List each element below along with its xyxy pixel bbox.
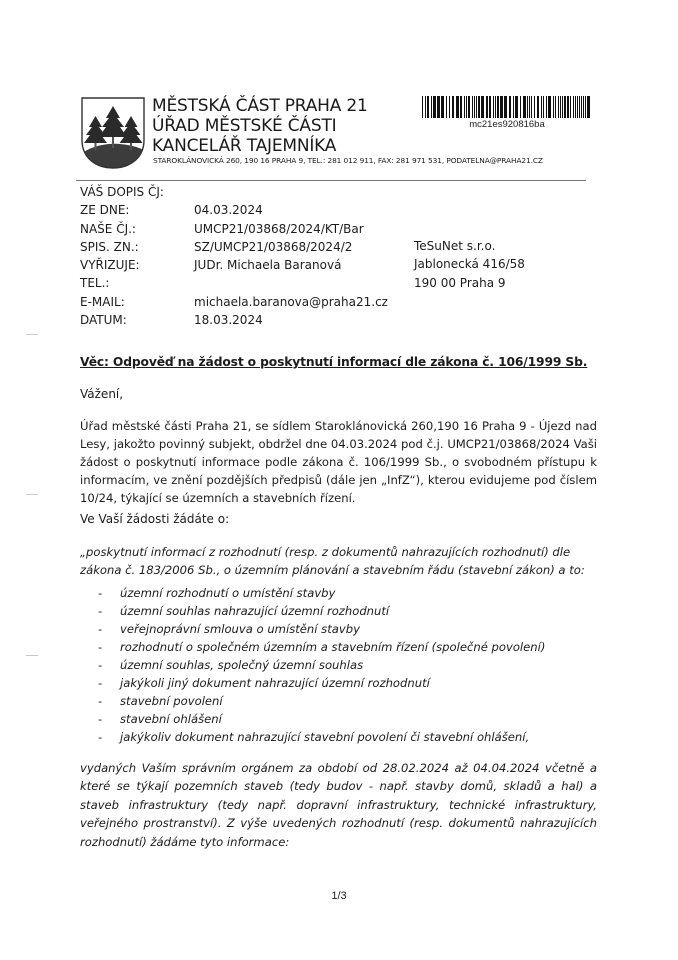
list-bullet: - (80, 620, 120, 638)
recipient-street: Jablonecká 416/58 (414, 255, 525, 273)
punch-mark (26, 334, 38, 335)
list-item-text: rozhodnutí o společném územním a stavebn… (120, 638, 545, 656)
list-item: -jakýkoliv dokument nahrazující stavební… (80, 728, 545, 746)
meta-row: E-MAIL:michaela.baranova@praha21.cz (80, 293, 388, 311)
list-item: -územní souhlas, společný územní souhlas (80, 656, 545, 674)
list-bullet: - (80, 692, 120, 710)
org-line-2: ÚŘAD MĚSTSKÉ ČÁSTI (152, 116, 368, 136)
meta-value: SZ/UMCP21/03868/2024/2 (194, 238, 352, 256)
meta-label: TEL.: (80, 274, 194, 292)
meta-label: ZE DNE: (80, 201, 194, 219)
meta-value: 04.03.2024 (194, 201, 263, 219)
list-item: -stavební ohlášení (80, 710, 545, 728)
punch-mark (26, 494, 38, 495)
list-item: -jakýkoli jiný dokument nahrazující územ… (80, 674, 545, 692)
meta-label: VYŘIZUJE: (80, 256, 194, 274)
meta-row: VÁŠ DOPIS ČJ: (80, 183, 388, 201)
list-bullet: - (80, 584, 120, 602)
list-item-text: veřejnoprávní smlouva o umístění stavby (120, 620, 360, 638)
coat-of-arms-icon (80, 96, 146, 170)
meta-value: michaela.baranova@praha21.cz (194, 293, 388, 311)
document-page: MĚSTSKÁ ČÁST PRAHA 21 ÚŘAD MĚSTSKÉ ČÁSTI… (0, 0, 678, 960)
list-item-text: stavební povolení (120, 692, 223, 710)
list-bullet: - (80, 638, 120, 656)
subject-line: Věc: Odpověď na žádost o poskytnutí info… (80, 355, 587, 369)
meta-label: VÁŠ DOPIS ČJ: (80, 183, 194, 201)
barcode-icon (422, 96, 592, 118)
list-bullet: - (80, 656, 120, 674)
meta-row: ZE DNE:04.03.2024 (80, 201, 388, 219)
org-line-3: KANCELÁŘ TAJEMNÍKA (152, 136, 368, 156)
list-item-text: stavební ohlášení (120, 710, 222, 728)
list-item: -územní souhlas nahrazující územní rozho… (80, 602, 545, 620)
recipient-name: TeSuNet s.r.o. (414, 237, 525, 255)
list-item-text: jakýkoliv dokument nahrazující stavební … (120, 728, 529, 746)
list-item: -veřejnoprávní smlouva o umístění stavby (80, 620, 545, 638)
intro-paragraph: Úřad městské části Praha 21, se sídlem S… (80, 417, 597, 507)
request-intro: Ve Vaší žádosti žádáte o: (80, 512, 229, 526)
list-item-text: územní souhlas, společný územní souhlas (120, 656, 363, 674)
list-bullet: - (80, 710, 120, 728)
meta-row: NAŠE ČJ.:UMCP21/03868/2024/KT/Bar (80, 220, 388, 238)
meta-row: SPIS. ZN.:SZ/UMCP21/03868/2024/2 (80, 238, 388, 256)
list-bullet: - (80, 728, 120, 746)
closing-paragraph: vydaných Vaším správním orgánem za obdob… (80, 759, 597, 851)
list-item: -územní rozhodnutí o umístění stavby (80, 584, 545, 602)
recipient-city: 190 00 Praha 9 (414, 274, 525, 292)
list-item-text: územní rozhodnutí o umístění stavby (120, 584, 335, 602)
meta-row: VYŘIZUJE:JUDr. Michaela Baranová (80, 256, 388, 274)
meta-value: UMCP21/03868/2024/KT/Bar (194, 220, 364, 238)
list-bullet: - (80, 602, 120, 620)
list-item-text: jakýkoli jiný dokument nahrazující územn… (120, 674, 430, 692)
salutation: Vážení, (80, 387, 123, 401)
request-list: -územní rozhodnutí o umístění stavby-úze… (80, 584, 545, 746)
meta-row: TEL.: (80, 274, 388, 292)
list-bullet: - (80, 674, 120, 692)
meta-value: 18.03.2024 (194, 311, 263, 329)
barcode-text: mc21es920816ba (422, 119, 592, 130)
org-line-1: MĚSTSKÁ ČÁST PRAHA 21 (152, 96, 368, 116)
list-item-text: územní souhlas nahrazující územní rozhod… (120, 602, 389, 620)
punch-mark (26, 655, 38, 656)
meta-value: JUDr. Michaela Baranová (194, 256, 341, 274)
meta-label: E-MAIL: (80, 293, 194, 311)
meta-label: DATUM: (80, 311, 194, 329)
header-divider (76, 180, 586, 181)
request-quote: „poskytnutí informací z rozhodnutí (resp… (80, 543, 597, 579)
meta-label: SPIS. ZN.: (80, 238, 194, 256)
page-number: 1/3 (0, 890, 678, 902)
recipient-address: TeSuNet s.r.o. Jablonecká 416/58 190 00 … (414, 237, 525, 292)
list-item: -rozhodnutí o společném územním a staveb… (80, 638, 545, 656)
list-item: -stavební povolení (80, 692, 545, 710)
organization-name: MĚSTSKÁ ČÁST PRAHA 21 ÚŘAD MĚSTSKÉ ČÁSTI… (152, 96, 368, 156)
meta-label: NAŠE ČJ.: (80, 220, 194, 238)
reference-block: VÁŠ DOPIS ČJ:ZE DNE:04.03.2024NAŠE ČJ.:U… (80, 183, 388, 329)
meta-row: DATUM:18.03.2024 (80, 311, 388, 329)
organization-address: STAROKLÁNOVICKÁ 260, 190 16 PRAHA 9, TEL… (153, 156, 543, 165)
